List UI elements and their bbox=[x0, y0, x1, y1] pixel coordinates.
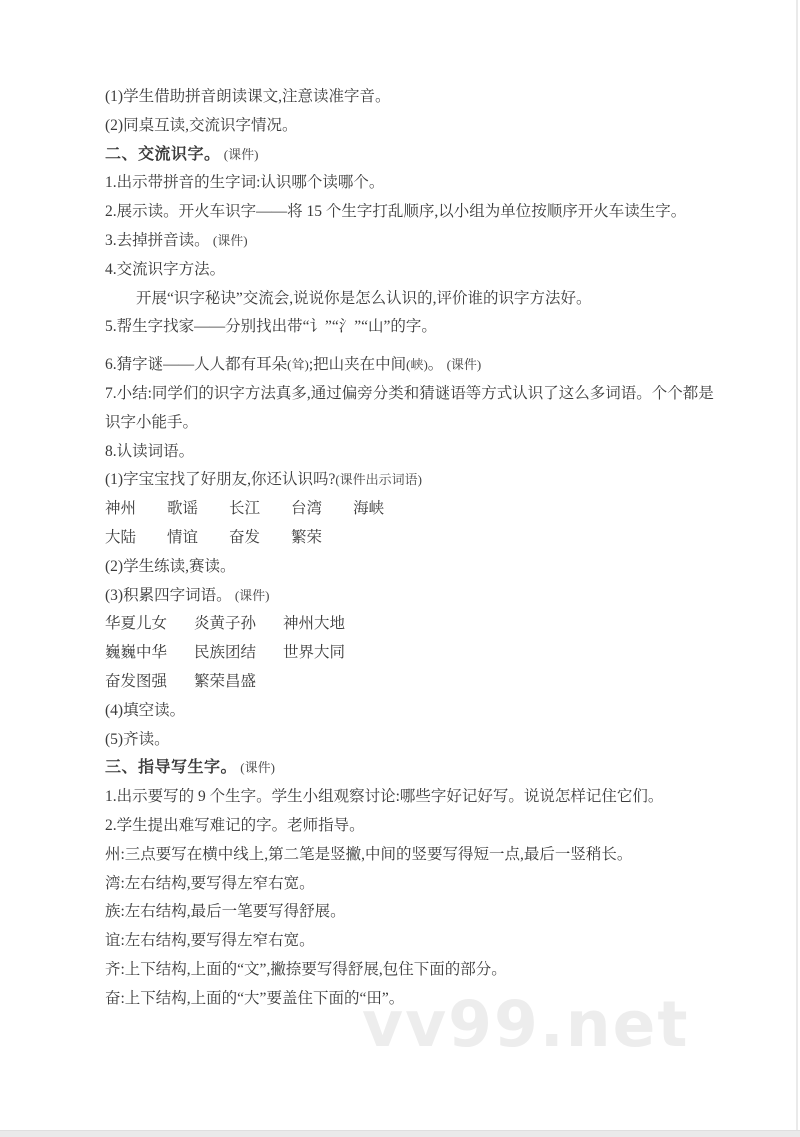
paragraph: 族:左右结构,最后一笔要写得舒展。 bbox=[105, 898, 723, 927]
paragraph: 1.出示带拼音的生字词:认识哪个读哪个。 bbox=[105, 169, 723, 198]
paragraph: 州:三点要写在横中线上,第二笔是竖撇,中间的竖要写得短一点,最后一竖稍长。 bbox=[105, 841, 723, 870]
word-item: 长江 bbox=[229, 500, 260, 517]
word-item: 大陆 bbox=[105, 529, 136, 546]
paragraph: (5)齐读。 bbox=[105, 726, 723, 755]
paragraph: 5.帮生字找家——分别找出带“讠”“氵”“山”的字。 bbox=[105, 313, 723, 342]
text-run: 族:左右结构,最后一笔要写得舒展。 bbox=[105, 903, 346, 920]
word-item: 奋发图强 bbox=[105, 673, 167, 690]
paragraph: 4.交流识字方法。 bbox=[105, 256, 723, 285]
paragraph: 2.展示读。开火车识字——将 15 个生字打乱顺序,以小组为单位按顺序开火车读生… bbox=[105, 198, 723, 227]
text-run: 1.出示要写的 9 个生字。学生小组观察讨论:哪些字好记好写。说说怎样记住它们。 bbox=[105, 788, 663, 805]
courseware-note: (课件) bbox=[237, 760, 275, 775]
word-row: 神州歌谣长江台湾海峡 bbox=[105, 495, 723, 524]
text-run: 3.去掉拼音读。 bbox=[105, 232, 210, 249]
paragraph: (2)同桌互读,交流识字情况。 bbox=[105, 112, 723, 141]
text-run: (1)字宝宝找了好朋友,你还认识吗? bbox=[105, 471, 335, 488]
text-run: ;把山夹在中间 bbox=[309, 356, 406, 373]
paragraph: (3)积累四字词语。 (课件) bbox=[105, 582, 723, 611]
courseware-note: (耸) bbox=[287, 357, 309, 372]
paragraph: 齐:上下结构,上面的“文”,撇捺要写得舒展,包住下面的部分。 bbox=[105, 956, 723, 985]
word-row: 奋发图强繁荣昌盛 bbox=[105, 668, 723, 697]
word-item: 巍巍中华 bbox=[105, 644, 167, 661]
text-run: 。 bbox=[428, 356, 444, 373]
text-run: (4)填空读。 bbox=[105, 702, 185, 719]
text-run: (2)学生练读,赛读。 bbox=[105, 558, 235, 575]
paragraph: (1)字宝宝找了好朋友,你还认识吗?(课件出示词语) bbox=[105, 466, 723, 495]
word-item: 奋发 bbox=[229, 529, 260, 546]
heading-text: 三、指导写生字。 bbox=[105, 759, 237, 776]
word-item: 歌谣 bbox=[167, 500, 198, 517]
paragraph: 湾:左右结构,要写得左窄右宽。 bbox=[105, 870, 723, 899]
courseware-note: (课件) bbox=[232, 588, 270, 603]
page-bottom-edge bbox=[0, 1130, 800, 1137]
indented-paragraph: 开展“识字秘诀”交流会,说说你是怎么认识的,评价谁的识字方法好。 bbox=[105, 285, 723, 314]
text-run: 1.出示带拼音的生字词:认识哪个读哪个。 bbox=[105, 174, 384, 191]
word-item: 繁荣昌盛 bbox=[194, 673, 256, 690]
text-run: 5.帮生字找家——分别找出带“讠”“氵”“山”的字。 bbox=[105, 318, 437, 335]
word-item: 繁荣 bbox=[291, 529, 322, 546]
paragraph: 谊:左右结构,要写得左窄右宽。 bbox=[105, 927, 723, 956]
section-heading: 三、指导写生字。 (课件) bbox=[105, 754, 723, 783]
courseware-note: (课件出示词语) bbox=[335, 472, 422, 487]
paragraph: 1.出示要写的 9 个生字。学生小组观察讨论:哪些字好记好写。说说怎样记住它们。 bbox=[105, 783, 723, 812]
text-run: (3)积累四字词语。 bbox=[105, 587, 232, 604]
paragraph: (4)填空读。 bbox=[105, 697, 723, 726]
paragraph: 8.认读词语。 bbox=[105, 438, 723, 467]
word-item: 神州大地 bbox=[283, 615, 345, 632]
page-right-edge bbox=[796, 0, 798, 1130]
text-run: 奋:上下结构,上面的“大”要盖住下面的“田”。 bbox=[105, 990, 404, 1007]
section-heading: 二、交流识字。 (课件) bbox=[105, 141, 723, 170]
watermark-text: vv99.net bbox=[362, 993, 689, 1056]
document-body: (1)学生借助拼音朗读课文,注意读准字音。(2)同桌互读,交流识字情况。二、交流… bbox=[105, 83, 723, 1014]
courseware-note: (峡) bbox=[406, 357, 428, 372]
courseware-note: (课件) bbox=[210, 233, 248, 248]
text-run: 6.猜字谜——人人都有耳朵 bbox=[105, 356, 287, 373]
word-row: 巍巍中华民族团结世界大同 bbox=[105, 639, 723, 668]
text-run: 齐:上下结构,上面的“文”,撇捺要写得舒展,包住下面的部分。 bbox=[105, 961, 507, 978]
word-item: 世界大同 bbox=[283, 644, 345, 661]
text-run: 谊:左右结构,要写得左窄右宽。 bbox=[105, 932, 315, 949]
text-run: 2.学生提出难写难记的字。老师指导。 bbox=[105, 817, 365, 834]
paragraph: 3.去掉拼音读。 (课件) bbox=[105, 227, 723, 256]
text-run: 开展“识字秘诀”交流会,说说你是怎么认识的,评价谁的识字方法好。 bbox=[136, 290, 592, 307]
paragraph: 6.猜字谜——人人都有耳朵(耸);把山夹在中间(峡)。 (课件) bbox=[105, 351, 723, 380]
paragraph: 7.小结:同学们的识字方法真多,通过偏旁分类和猜谜语等方式认识了这么多词语。个个… bbox=[105, 380, 723, 438]
word-item: 华夏儿女 bbox=[105, 615, 167, 632]
word-item: 台湾 bbox=[291, 500, 322, 517]
word-item: 海峡 bbox=[353, 500, 384, 517]
paragraph: (2)学生练读,赛读。 bbox=[105, 553, 723, 582]
heading-text: 二、交流识字。 bbox=[105, 146, 221, 163]
word-row: 华夏儿女炎黄子孙神州大地 bbox=[105, 610, 723, 639]
text-run: (2)同桌互读,交流识字情况。 bbox=[105, 117, 297, 134]
text-run: 州:三点要写在横中线上,第二笔是竖撇,中间的竖要写得短一点,最后一竖稍长。 bbox=[105, 846, 632, 863]
word-item: 民族团结 bbox=[194, 644, 256, 661]
word-item: 神州 bbox=[105, 500, 136, 517]
courseware-note: (课件) bbox=[221, 147, 259, 162]
text-run: 2.展示读。开火车识字——将 15 个生字打乱顺序,以小组为单位按顺序开火车读生… bbox=[105, 203, 686, 220]
paragraph: 2.学生提出难写难记的字。老师指导。 bbox=[105, 812, 723, 841]
text-run: 4.交流识字方法。 bbox=[105, 261, 225, 278]
paragraph: (1)学生借助拼音朗读课文,注意读准字音。 bbox=[105, 83, 723, 112]
text-run: 8.认读词语。 bbox=[105, 443, 194, 460]
text-run: (5)齐读。 bbox=[105, 731, 170, 748]
text-run: (1)学生借助拼音朗读课文,注意读准字音。 bbox=[105, 88, 390, 105]
text-run: 湾:左右结构,要写得左窄右宽。 bbox=[105, 875, 315, 892]
courseware-note: (课件) bbox=[443, 357, 481, 372]
word-item: 情谊 bbox=[167, 529, 198, 546]
text-run: 7.小结:同学们的识字方法真多,通过偏旁分类和猜谜语等方式认识了这么多词语。个个… bbox=[105, 385, 714, 431]
document-page: (1)学生借助拼音朗读课文,注意读准字音。(2)同桌互读,交流识字情况。二、交流… bbox=[0, 0, 800, 1137]
word-row: 大陆情谊奋发繁荣 bbox=[105, 524, 723, 553]
word-item: 炎黄子孙 bbox=[194, 615, 256, 632]
